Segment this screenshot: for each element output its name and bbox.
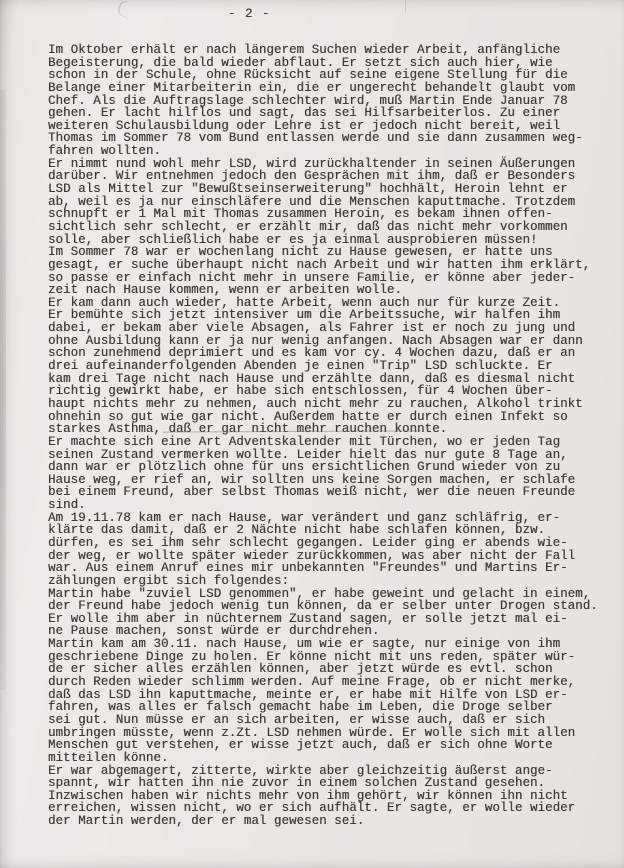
text-line: der Freund habe jedoch wenig tun können,… [48, 600, 604, 613]
text-line: durch Reden wieder schlimm werden. Auf m… [48, 676, 604, 689]
scanned-document-page: - 2 - Im Oktober erhält er nach längerem… [0, 0, 624, 868]
text-line: Im Oktober erhält er nach längerem Suche… [48, 44, 604, 57]
text-line: haupt nichts mehr zu nehmen, auch nicht … [48, 398, 604, 411]
text-line: Martin kam am 30.11. nach Hause, um wie … [48, 638, 604, 651]
text-line: gesagt, er suche überhaupt nicht nach Ar… [48, 259, 604, 272]
text-line: LSD als Mittel zur "Bewußtseinserweiteru… [48, 183, 604, 196]
text-line: gehen. Er lacht hilflos und sagt, das se… [48, 107, 604, 120]
text-line: sichtlich sehr schlecht, er erzählt mir,… [48, 221, 604, 234]
page-number: - 2 - [228, 7, 271, 21]
text-line: Im Sommer 78 war er wochenlang nicht zu … [48, 246, 604, 259]
text-line: Er machte sich eine Art Adventskalender … [48, 436, 604, 449]
text-line: fahren wollten. [48, 145, 604, 158]
document-body-text: Im Oktober erhält er nach längerem Suche… [48, 44, 604, 828]
text-line: starkes Asthma, daß er gar nicht mehr ra… [48, 423, 604, 436]
text-line: mitteilen könne. [48, 752, 604, 765]
paper-crease [405, 0, 406, 13]
text-line: dürfen, es sei ihm sehr schlecht gegange… [48, 537, 604, 550]
text-line: war. Aus einem Anruf eines mir unbekannt… [48, 562, 604, 575]
text-line: spannt, wir hatten ihn nie zuvor in eine… [48, 777, 604, 790]
text-line: zeit nach Hause kommen, wenn er arbeiten… [48, 284, 604, 297]
scan-edge-smudge [0, 90, 6, 690]
text-line: zählungen ergibt sich folgendes: [48, 575, 604, 588]
text-line: bei einem Freund, aber selbst Thomas wei… [48, 486, 604, 499]
pencil-squiggle-mark [115, 0, 135, 19]
text-line: drei aufeinanderfolgenden Abenden je ein… [48, 360, 604, 373]
text-line: sei gut. Nun müsse er an sich arbeiten, … [48, 714, 604, 727]
text-line: dabei, er bekam aber viele Absagen, als … [48, 322, 604, 335]
text-line: Menschen gut verstehen, er wisse jetzt a… [48, 739, 604, 752]
text-line: Belange einer Mitarbeiterin ein, die er … [48, 82, 604, 95]
text-line: sind. [48, 499, 604, 512]
text-line: dann war er plötzlich ohne für uns ersic… [48, 461, 604, 474]
text-line: der Martin werden, der er mal gewesen se… [48, 815, 604, 828]
